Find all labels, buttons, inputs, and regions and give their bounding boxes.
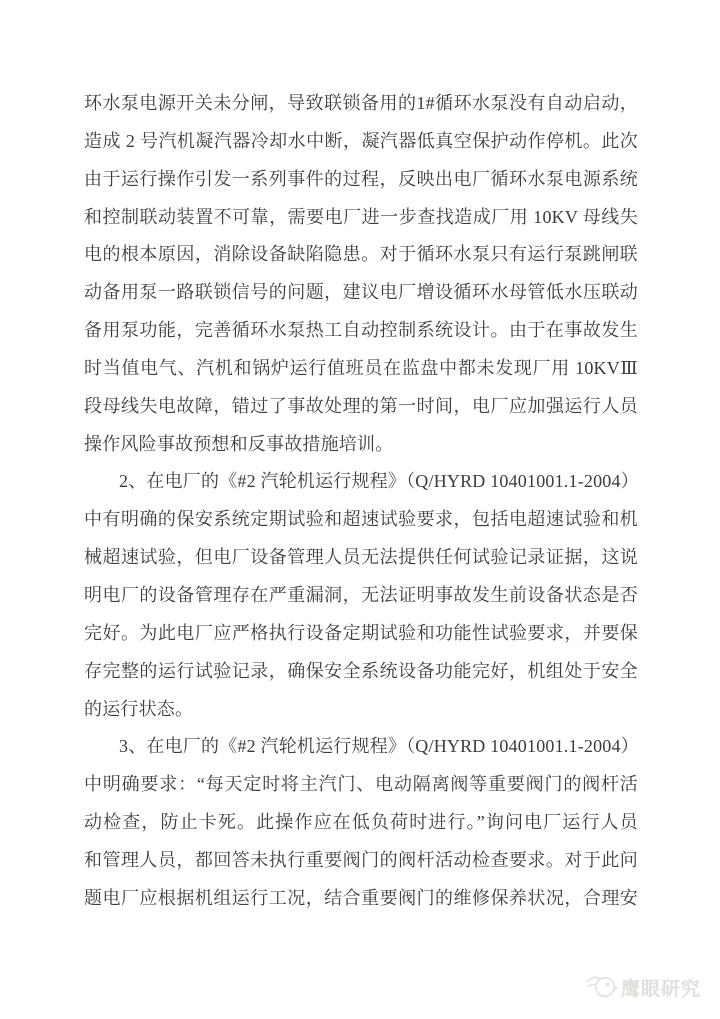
text-line: 备用泵功能，完善循环水泵热工自动控制系统设计。由于在事故发生 [84, 312, 638, 350]
text-line: 环水泵电源开关未分闸，导致联锁备用的1#循环水泵没有自动启动， [84, 85, 638, 123]
eagle-eye-logo-icon [586, 972, 618, 1002]
text-line: 时当值电气、汽机和锅炉运行值班员在监盘中都未发现厂用 10KVⅢ [84, 350, 638, 388]
text-line: 的运行状态。 [84, 691, 638, 729]
watermark: 鹰眼研究 [586, 971, 701, 1003]
text-line: 械超速试验，但电厂设备管理人员无法提供任何试验记录证据，这说 [84, 539, 638, 577]
document-page: 环水泵电源开关未分闸，导致联锁备用的1#循环水泵没有自动启动，造成 2 号汽机凝… [0, 0, 720, 1019]
text-line: 和管理人员，都回答未执行重要阀门的阀杆活动检查要求。对于此问 [84, 842, 638, 880]
text-line: 2、在电厂的《#2 汽轮机运行规程》（Q/HYRD 10401001.1-200… [84, 463, 638, 501]
watermark-text: 鹰眼研究 [621, 974, 701, 1001]
text-line: 题电厂应根据机组运行工况，结合重要阀门的维修保养状况，合理安 [84, 880, 638, 918]
text-line: 由于运行操作引发一系列事件的过程，反映出电厂循环水泵电源系统 [84, 161, 638, 199]
text-line: 存完整的运行试验记录，确保安全系统设备功能完好，机组处于安全 [84, 653, 638, 691]
text-line: 和控制联动装置不可靠，需要电厂进一步查找造成厂用 10KV 母线失 [84, 199, 638, 237]
text-line: 3、在电厂的《#2 汽轮机运行规程》（Q/HYRD 10401001.1-200… [84, 728, 638, 766]
text-line: 电的根本原因，消除设备缺陷隐患。对于循环水泵只有运行泵跳闸联 [84, 236, 638, 274]
text-line: 中有明确的保安系统定期试验和超速试验要求，包括电超速试验和机 [84, 501, 638, 539]
text-line: 动检查，防止卡死。此操作应在低负荷时进行。”询问电厂运行人员 [84, 804, 638, 842]
text-line: 操作风险事故预想和反事故措施培训。 [84, 426, 638, 464]
text-line: 明电厂的设备管理存在严重漏洞，无法证明事故发生前设备状态是否 [84, 577, 638, 615]
text-line: 段母线失电故障，错过了事故处理的第一时间，电厂应加强运行人员 [84, 388, 638, 426]
text-line: 动备用泵一路联锁信号的问题，建议电厂增设循环水母管低水压联动 [84, 274, 638, 312]
text-line: 完好。为此电厂应严格执行设备定期试验和功能性试验要求，并要保 [84, 615, 638, 653]
text-line: 造成 2 号汽机凝汽器冷却水中断，凝汽器低真空保护动作停机。此次 [84, 123, 638, 161]
document-text: 环水泵电源开关未分闸，导致联锁备用的1#循环水泵没有自动启动，造成 2 号汽机凝… [84, 85, 638, 918]
text-line: 中明确要求：“每天定时将主汽门、电动隔离阀等重要阀门的阀杆活 [84, 766, 638, 804]
